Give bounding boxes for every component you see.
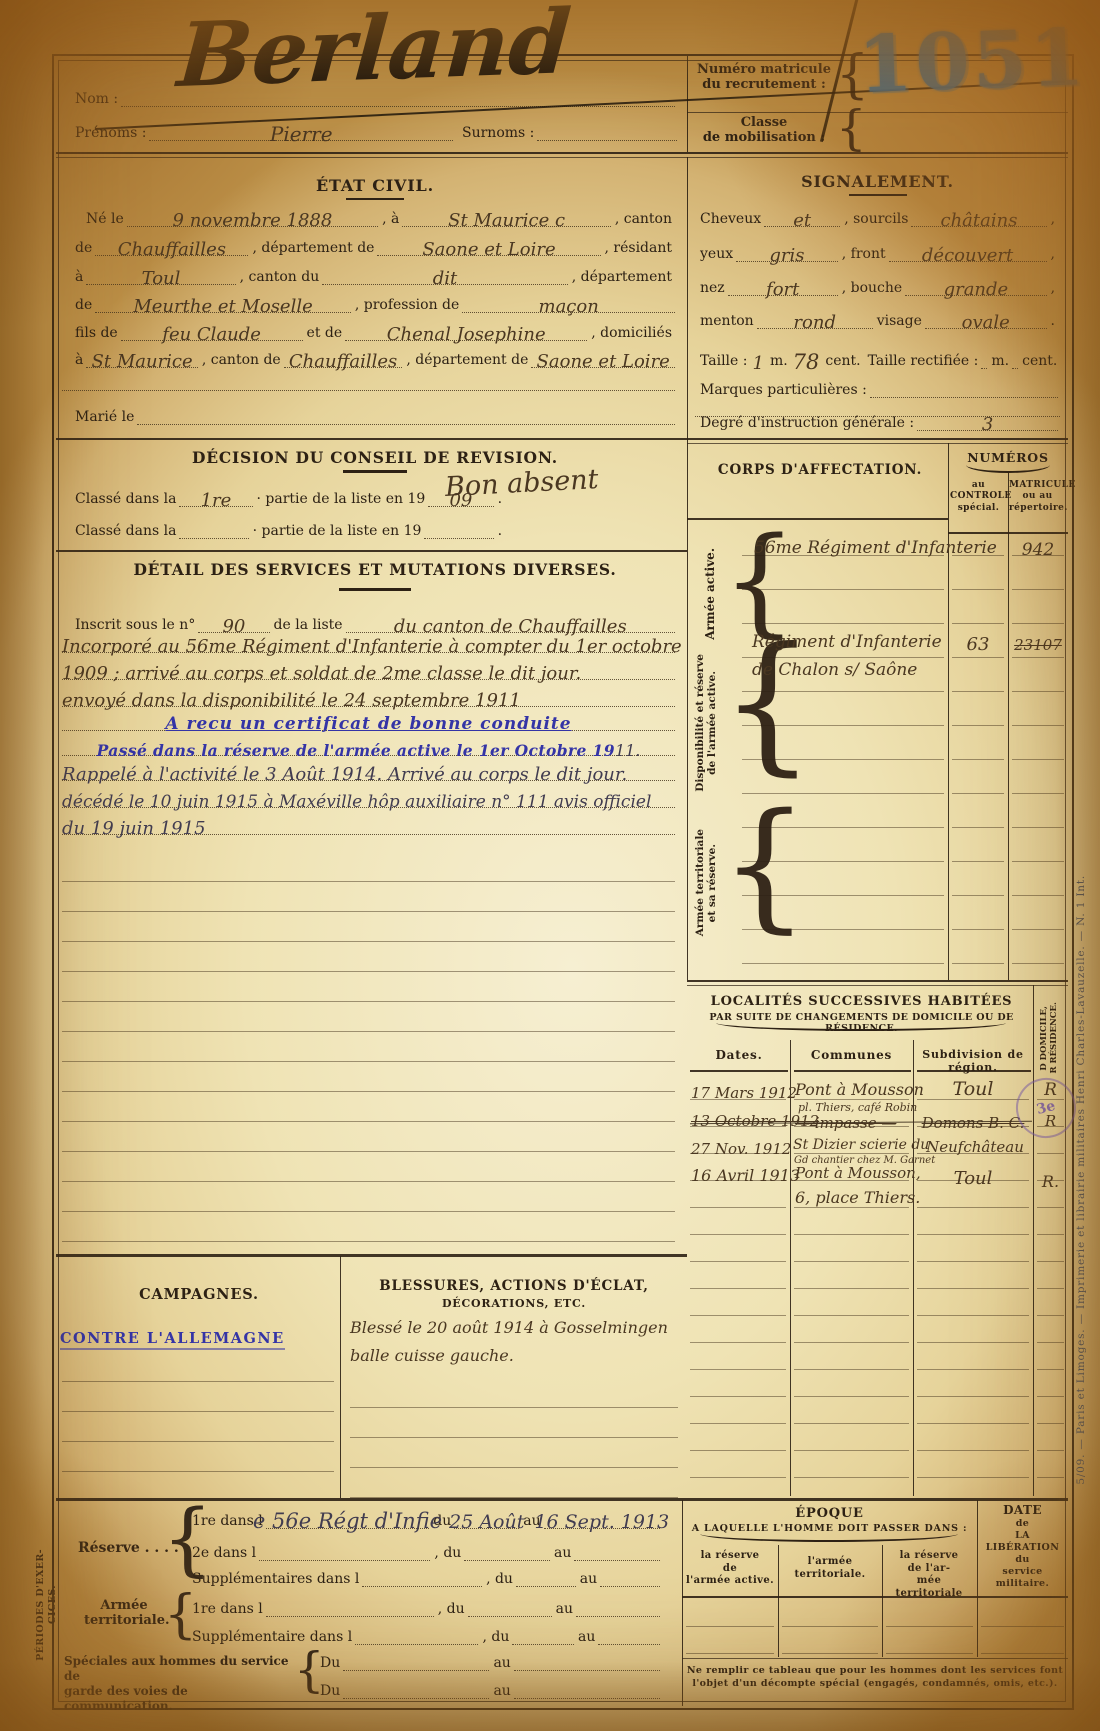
military-record-sheet: Berland Nom : Prénoms : Pierre Surnoms :… bbox=[0, 0, 1100, 1731]
surname-signature: Berland bbox=[174, 0, 574, 107]
matricule-number-stamp: 1051 bbox=[856, 12, 1088, 111]
document-frame-inner bbox=[58, 60, 1066, 1702]
